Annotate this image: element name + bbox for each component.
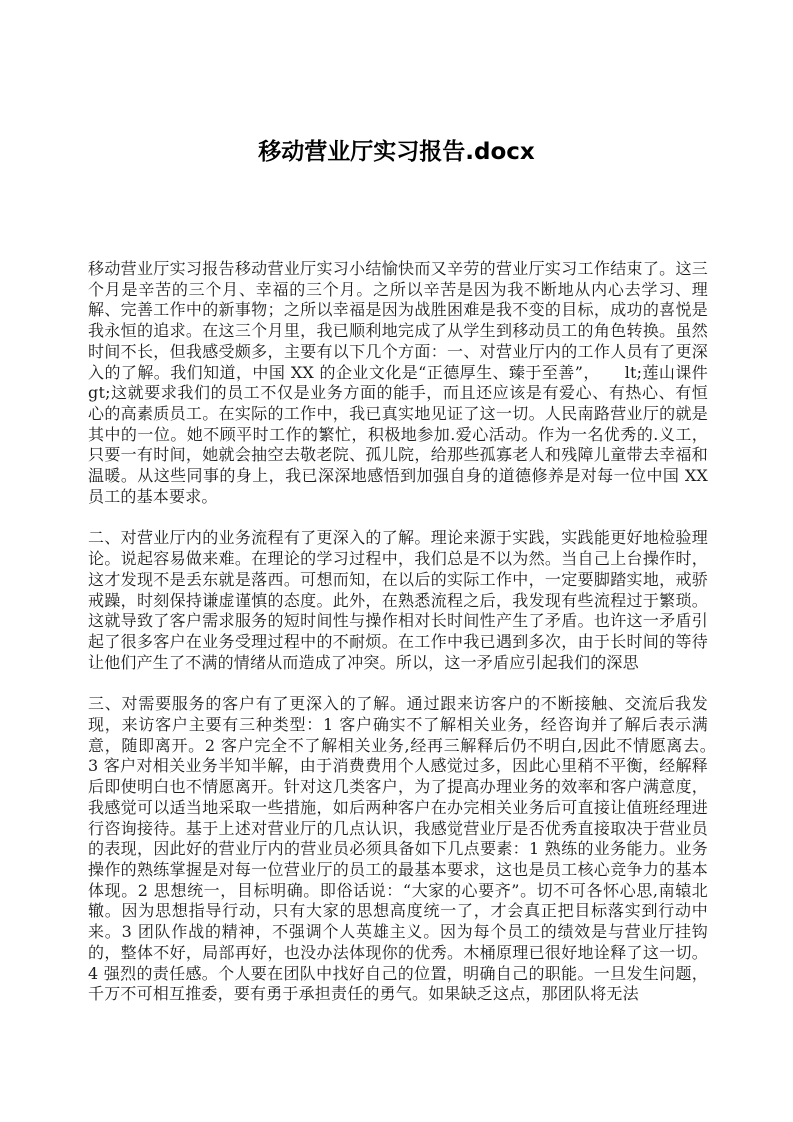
paragraph-2: 二、对营业厅内的业务流程有了更深入的了解。理论来源于实践，实践能更好地检验理论。… <box>88 528 708 673</box>
document-page: 移动营业厅实习报告.docx 移动营业厅实习报告移动营业厅实习小结愉快而又辛劳的… <box>0 0 793 1122</box>
document-title: 移动营业厅实习报告.docx <box>0 137 793 167</box>
document-body: 移动营业厅实习报告移动营业厅实习小结愉快而又辛劳的营业厅实习工作结束了。这三个月… <box>88 259 708 1005</box>
paragraph-3: 三、对需要服务的客户有了更深入的了解。通过跟来访客户的不断接触、交流后我发现，来… <box>88 694 708 1005</box>
paragraph-1: 移动营业厅实习报告移动营业厅实习小结愉快而又辛劳的营业厅实习工作结束了。这三个月… <box>88 259 708 507</box>
